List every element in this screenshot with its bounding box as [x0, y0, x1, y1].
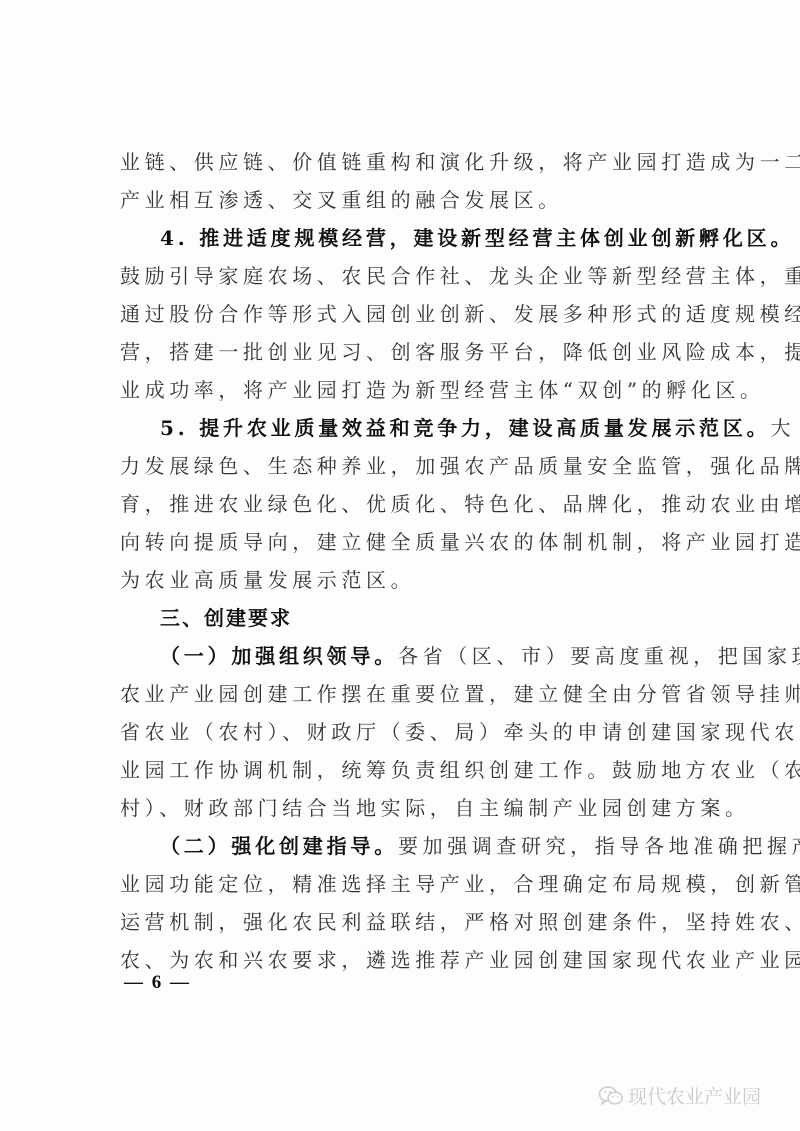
text-line: 三、创建要求 — [120, 599, 670, 637]
body-text: 力发展绿色、生态种养业，加强农产品质量安全监管，强化品牌培 — [120, 454, 800, 478]
text-line: 省农业（农村）、财政厅（委、局）牵头的申请创建国家现代农业产 — [120, 713, 670, 751]
text-line: 5. 提升农业质量效益和竞争力，建设高质量发展示范区。大 — [120, 409, 670, 447]
text-line: 鼓励引导家庭农场、农民合作社、龙头企业等新型经营主体，重点 — [120, 257, 670, 295]
text-line: 力发展绿色、生态种养业，加强农产品质量安全监管，强化品牌培 — [120, 447, 670, 485]
body-text: 农、为农和兴农要求，遴选推荐产业园创建国家现代农业产业园。 — [120, 948, 800, 972]
body-text: 业园工作协调机制，统筹负责组织创建工作。鼓励地方农业（农 — [120, 758, 800, 782]
body-text: 育，推进农业绿色化、优质化、特色化、品牌化，推动农业由增产导 — [120, 492, 800, 516]
body-text: 农业产业园创建工作摆在重要位置，建立健全由分管省领导挂帅， — [120, 682, 800, 706]
body-text: 业成功率，将产业园打造为新型经营主体“双创”的孵化区。 — [120, 378, 765, 402]
body-text: 要加强调查研究，指导各地准确把握产 — [398, 834, 800, 858]
body-text: 向转向提质导向，建立健全质量兴农的体制机制，将产业园打造成 — [120, 530, 800, 554]
text-line: 村）、财政部门结合当地实际，自主编制产业园创建方案。 — [120, 789, 670, 827]
text-line: 业园功能定位，精准选择主导产业，合理确定布局规模，创新管理 — [120, 865, 670, 903]
body-text: 为农业高质量发展示范区。 — [120, 568, 415, 592]
watermark: 现代农业产业园 — [598, 1082, 761, 1109]
text-line: 农、为农和兴农要求，遴选推荐产业园创建国家现代农业产业园。 — [120, 941, 670, 979]
body-text: 鼓励引导家庭农场、农民合作社、龙头企业等新型经营主体，重点 — [120, 264, 800, 288]
body-text: 省农业（农村）、财政厅（委、局）牵头的申请创建国家现代农业产 — [120, 720, 800, 744]
text-line: 业链、供应链、价值链重构和演化升级，将产业园打造成为一二三 — [120, 143, 670, 181]
text-line: 为农业高质量发展示范区。 — [120, 561, 670, 599]
body-text: 各省（区、市）要高度重视，把国家现代 — [398, 644, 800, 668]
text-line: 4. 推进适度规模经营，建设新型经营主体创业创新孵化区。 — [120, 219, 670, 257]
text-line: 通过股份合作等形式入园创业创新、发展多种形式的适度规模经 — [120, 295, 670, 333]
document-page: 业链、供应链、价值链重构和演化升级，将产业园打造成为一二三产业相互渗透、交叉重组… — [0, 0, 800, 1131]
text-line: 运营机制，强化农民利益联结，严格对照创建条件，坚持姓农、务 — [120, 903, 670, 941]
text-line: 营，搭建一批创业见习、创客服务平台，降低创业风险成本，提高创 — [120, 333, 670, 371]
bold-lead-text: 4. 推进适度规模经营，建设新型经营主体创业创新孵化区。 — [160, 226, 794, 250]
body-text: 营，搭建一批创业见习、创客服务平台，降低创业风险成本，提高创 — [120, 340, 800, 364]
bold-lead-text: （一）加强组织领导。 — [160, 644, 398, 668]
section-heading: 三、创建要求 — [160, 606, 292, 630]
text-line: 业园工作协调机制，统筹负责组织创建工作。鼓励地方农业（农 — [120, 751, 670, 789]
bold-lead-text: （二）强化创建指导。 — [160, 834, 398, 858]
document-body: 业链、供应链、价值链重构和演化升级，将产业园打造成为一二三产业相互渗透、交叉重组… — [120, 143, 670, 979]
text-line: 育，推进农业绿色化、优质化、特色化、品牌化，推动农业由增产导 — [120, 485, 670, 523]
body-text: 通过股份合作等形式入园创业创新、发展多种形式的适度规模经 — [120, 302, 800, 326]
text-line: 向转向提质导向，建立健全质量兴农的体制机制，将产业园打造成 — [120, 523, 670, 561]
text-line: 农业产业园创建工作摆在重要位置，建立健全由分管省领导挂帅， — [120, 675, 670, 713]
body-text: 村）、财政部门结合当地实际，自主编制产业园创建方案。 — [120, 796, 750, 820]
body-text: 业园功能定位，精准选择主导产业，合理确定布局规模，创新管理 — [120, 872, 800, 896]
body-text: 运营机制，强化农民利益联结，严格对照创建条件，坚持姓农、务 — [120, 910, 800, 934]
text-line: 产业相互渗透、交叉重组的融合发展区。 — [120, 181, 670, 219]
text-line: （二）强化创建指导。要加强调查研究，指导各地准确把握产 — [120, 827, 670, 865]
wechat-icon — [598, 1085, 624, 1107]
bold-lead-text: 5. 提升农业质量效益和竞争力，建设高质量发展示范区。 — [160, 416, 770, 440]
body-text: 业链、供应链、价值链重构和演化升级，将产业园打造成为一二三 — [120, 150, 800, 174]
page-number: — 6 — — [124, 972, 191, 994]
watermark-text: 现代农业产业园 — [628, 1082, 761, 1109]
text-line: 业成功率，将产业园打造为新型经营主体“双创”的孵化区。 — [120, 371, 670, 409]
text-line: （一）加强组织领导。各省（区、市）要高度重视，把国家现代 — [120, 637, 670, 675]
body-text: 产业相互渗透、交叉重组的融合发展区。 — [120, 188, 563, 212]
body-text: 大 — [770, 416, 795, 440]
